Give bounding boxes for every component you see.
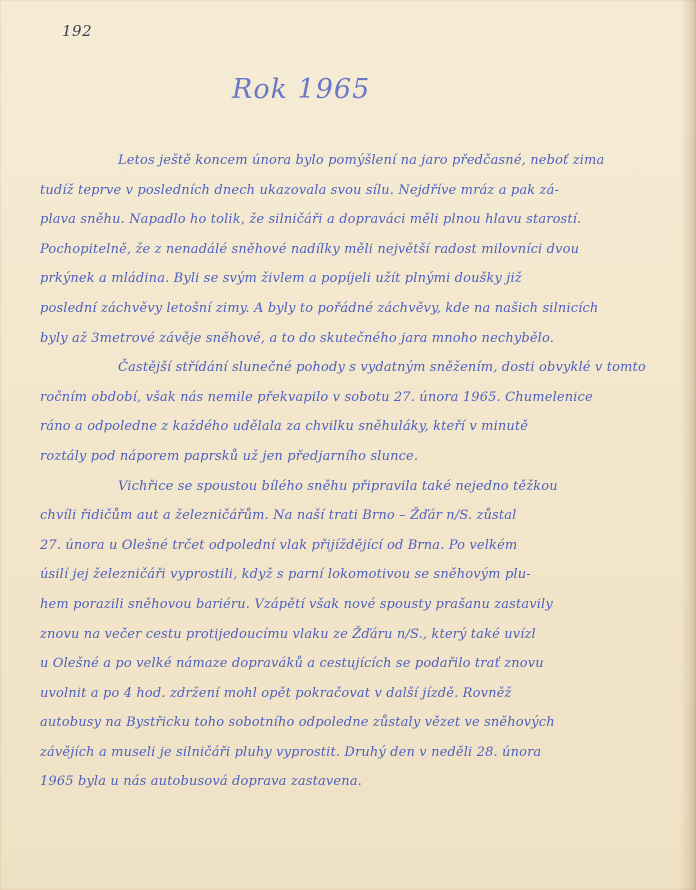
text-line: Letos ještě koncem února bylo pomýšlení … (40, 146, 670, 176)
text-line: tudíž teprve v posledních dnech ukazoval… (40, 176, 670, 206)
page-number: 192 (62, 22, 92, 40)
text-line: roztály pod náporem paprsků už jen předj… (40, 442, 670, 472)
text-line: chvíli řidičům aut a železničářům. Na na… (40, 501, 670, 531)
text-line: u Olešné a po velké námaze dopraváků a c… (40, 649, 670, 679)
text-line: Častější střídání slunečné pohody s vyda… (40, 353, 670, 383)
text-line: autobusy na Bystřicku toho sobotního odp… (40, 708, 670, 738)
page-title: Rok 1965 (232, 74, 370, 105)
text-line: Pochopitelně, že z nenadálé sněhové nadí… (40, 235, 670, 265)
text-line: ročním období, však nás nemile překvapil… (40, 383, 670, 413)
handwritten-body: Letos ještě koncem února bylo pomýšlení … (40, 146, 670, 797)
text-line: poslední záchvěvy letošní zimy. A byly t… (40, 294, 670, 324)
text-line: znovu na večer cestu protijedoucímu vlak… (40, 620, 670, 650)
text-line: plava sněhu. Napadlo ho tolik, že silnič… (40, 205, 670, 235)
text-line: úsilí jej železničáři vyprostili, když s… (40, 560, 670, 590)
text-line: Vichřice se spoustou bílého sněhu připra… (40, 472, 670, 502)
text-line: prkýnek a mládina. Byli se svým živlem a… (40, 264, 670, 294)
text-line: ráno a odpoledne z každého udělala za ch… (40, 412, 670, 442)
text-line: byly až 3metrové závěje sněhové, a to do… (40, 324, 670, 354)
text-line: uvolnit a po 4 hod. zdržení mohl opět po… (40, 679, 670, 709)
text-line: 1965 byla u nás autobusová doprava zasta… (40, 767, 670, 797)
text-line: 27. února u Olešné trčet odpolední vlak … (40, 531, 670, 561)
chronicle-page: 192 Rok 1965 Letos ještě koncem února by… (0, 0, 696, 890)
text-line: závějích a museli je silničáři pluhy vyp… (40, 738, 670, 768)
text-line: hem porazili sněhovou bariéru. Vzápětí v… (40, 590, 670, 620)
